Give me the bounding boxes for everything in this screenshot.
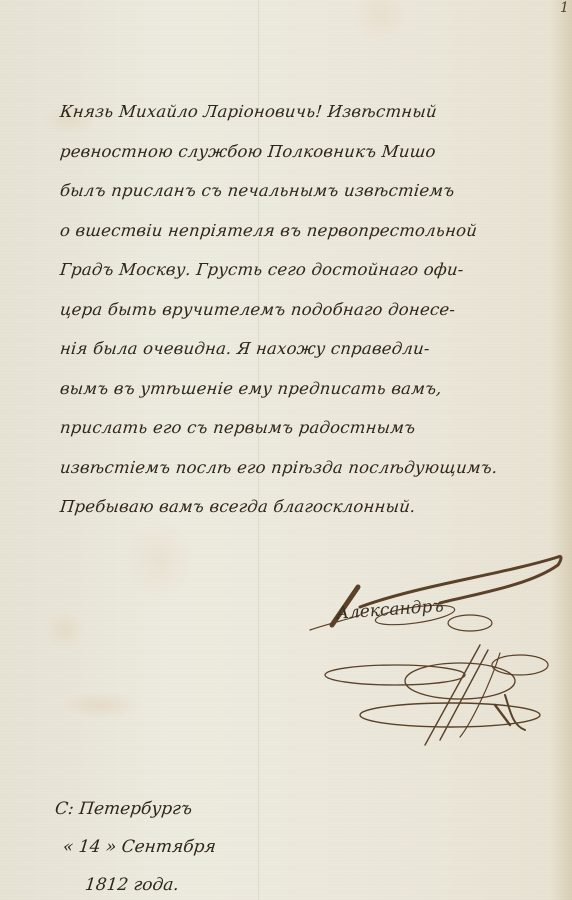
letter-line: Пребываю вамъ всегда благосклонный. xyxy=(58,487,572,527)
letter-line: былъ присланъ съ печальнымъ извѣстіемъ xyxy=(58,171,572,211)
signature: Александръ xyxy=(300,545,572,750)
signature-flourish-icon xyxy=(300,545,572,750)
letter-line: извѣстіемъ послѣ его пріѣзда послѣдующим… xyxy=(58,448,572,488)
letter-line: вымъ въ утѣшеніе ему предписать вамъ, xyxy=(58,369,572,409)
letter-page: 1 Князь Михайло Ларіоновичь! Извѣстный р… xyxy=(0,0,572,900)
letter-line: прислать его съ первымъ радостнымъ xyxy=(58,408,572,448)
letter-line: Градъ Москву. Грусть сего достойнаго офи… xyxy=(58,250,572,290)
letter-line: Князь Михайло Ларіоновичь! Извѣстный xyxy=(58,92,572,132)
letter-line: цера быть вручителемъ подобнаго донесе- xyxy=(58,290,572,330)
letter-line: ревностною службою Полковникъ Мишо xyxy=(58,132,572,172)
year-line: 1812 года. xyxy=(83,866,218,900)
place-line: С: Петербургъ xyxy=(53,790,218,828)
letter-line: о вшествіи непріятеля въ первопрестольно… xyxy=(58,211,572,251)
letter-body: Князь Михайло Ларіоновичь! Извѣстный рев… xyxy=(60,92,572,527)
date-line: « 14 » Сентября xyxy=(61,828,218,866)
place-and-date: С: Петербургъ « 14 » Сентября 1812 года. xyxy=(55,790,216,900)
page-number-mark: 1 xyxy=(560,0,569,16)
letter-line: нія была очевидна. Я нахожу справедли- xyxy=(58,329,572,369)
